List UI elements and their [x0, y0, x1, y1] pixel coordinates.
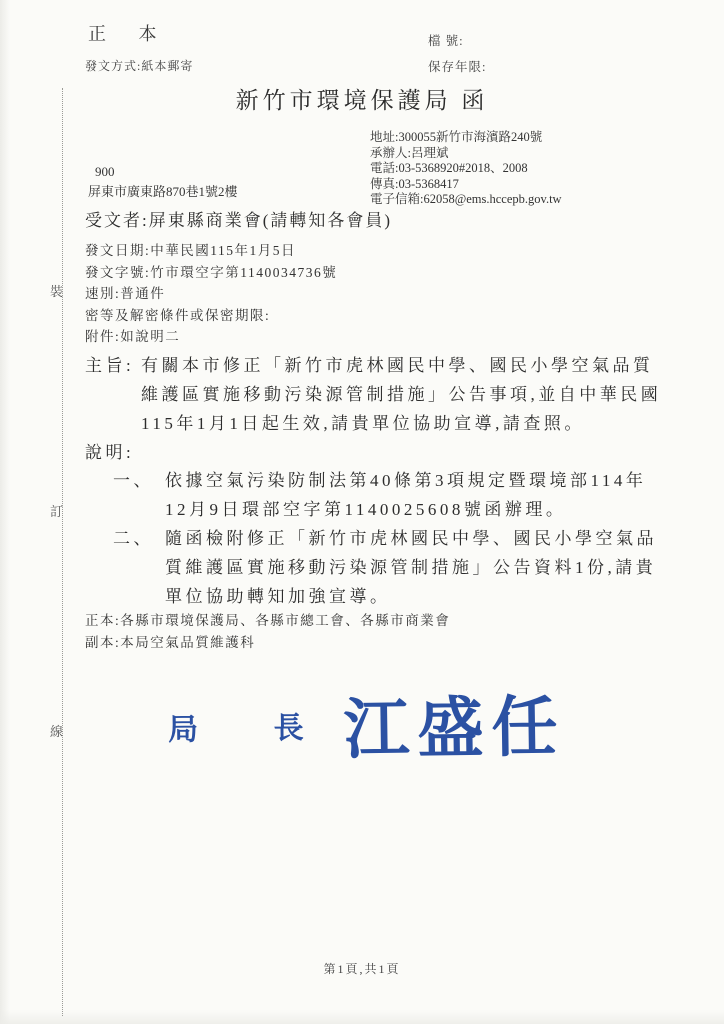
binding-mark-ding: 訂: [50, 501, 63, 520]
recipient-zip: 900: [95, 164, 115, 180]
copy-type-label: 正 本: [88, 20, 171, 46]
signer-title: 局 長: [168, 702, 338, 748]
explanation-item-2: 二、 隨函檢附修正「新竹市虎林國民中學、國民小學空氣品質維護區實施移動污染源管制…: [113, 524, 665, 611]
item-text: 依據空氣污染防制法第40條第3項規定暨環境部114年12月9日環部空字第1140…: [165, 466, 663, 524]
sender-contact-person: 承辦人:呂理斌: [370, 146, 562, 162]
sender-phone: 電話:03-5368920#2018、2008: [370, 161, 562, 177]
subject-block: 主旨: 有關本市修正「新竹市虎林國民中學、國民小學空氣品質維護區實施移動污染源管…: [85, 351, 670, 438]
document-title: 新竹市環境保護局 函: [0, 82, 724, 115]
cc-original: 正本:各縣市環境保護局、各縣市總工會、各縣市商業會: [85, 610, 450, 632]
binding-mark-zhuang: 裝: [50, 281, 63, 300]
distribution-block: 正本:各縣市環境保護局、各縣市總工會、各縣市商業會 副本:本局空氣品質維護科: [85, 610, 450, 653]
subject-label: 主旨:: [85, 351, 141, 438]
director-signature-stamp: 局 長 江盛任: [167, 673, 566, 774]
page-number-footer: 第1頁,共1頁: [0, 960, 724, 977]
sender-email: 電子信箱:62058@ems.hccepb.gov.tw: [370, 192, 562, 208]
issue-number: 發文字號:竹市環空字第1140034736號: [85, 262, 337, 284]
signer-name-stamp: 江盛任: [343, 673, 566, 771]
binding-mark-xian: 線: [50, 721, 63, 740]
issue-date: 發文日期:中華民國115年1月5日: [85, 240, 337, 262]
retention-period-label: 保存年限:: [428, 57, 486, 75]
sender-info-block: 地址:300055新竹市海濱路240號 承辦人:呂理斌 電話:03-536892…: [370, 130, 562, 208]
speed-class: 速別:普通件: [85, 283, 337, 305]
file-number-label: 檔 號:: [428, 31, 464, 49]
document-meta-block: 發文日期:中華民國115年1月5日 發文字號:竹市環空字第1140034736號…: [85, 240, 337, 348]
item-number: 二、: [113, 524, 165, 611]
attachment-note: 附件:如說明二: [85, 326, 337, 348]
recipient-street-address: 屏東市廣東路870巷1號2樓: [88, 181, 238, 200]
security-class: 密等及解密條件或保密期限:: [85, 305, 337, 327]
cc-copy: 副本:本局空氣品質維護科: [85, 632, 450, 654]
binding-dotted-line: [62, 88, 63, 1016]
item-text: 隨函檢附修正「新竹市虎林國民中學、國民小學空氣品質維護區實施移動污染源管制措施」…: [165, 524, 663, 611]
item-number: 一、: [113, 466, 165, 524]
delivery-method: 發文方式:紙本郵寄: [85, 57, 193, 74]
explanation-item-1: 一、 依據空氣污染防制法第40條第3項規定暨環境部114年12月9日環部空字第1…: [113, 466, 665, 524]
subject-text: 有關本市修正「新竹市虎林國民中學、國民小學空氣品質維護區實施移動污染源管制措施」…: [141, 351, 665, 438]
recipient-line: 受文者:屏東縣商業會(請轉知各會員): [85, 206, 392, 231]
scanned-official-letter: 正 本 發文方式:紙本郵寄 檔 號: 保存年限: 新竹市環境保護局 函 地址:3…: [0, 0, 724, 1024]
explanation-label: 說明:: [85, 438, 134, 467]
explanation-items: 一、 依據空氣污染防制法第40條第3項規定暨環境部114年12月9日環部空字第1…: [113, 466, 665, 611]
sender-address: 地址:300055新竹市海濱路240號: [370, 130, 562, 146]
sender-fax: 傳真:03-5368417: [370, 177, 562, 193]
